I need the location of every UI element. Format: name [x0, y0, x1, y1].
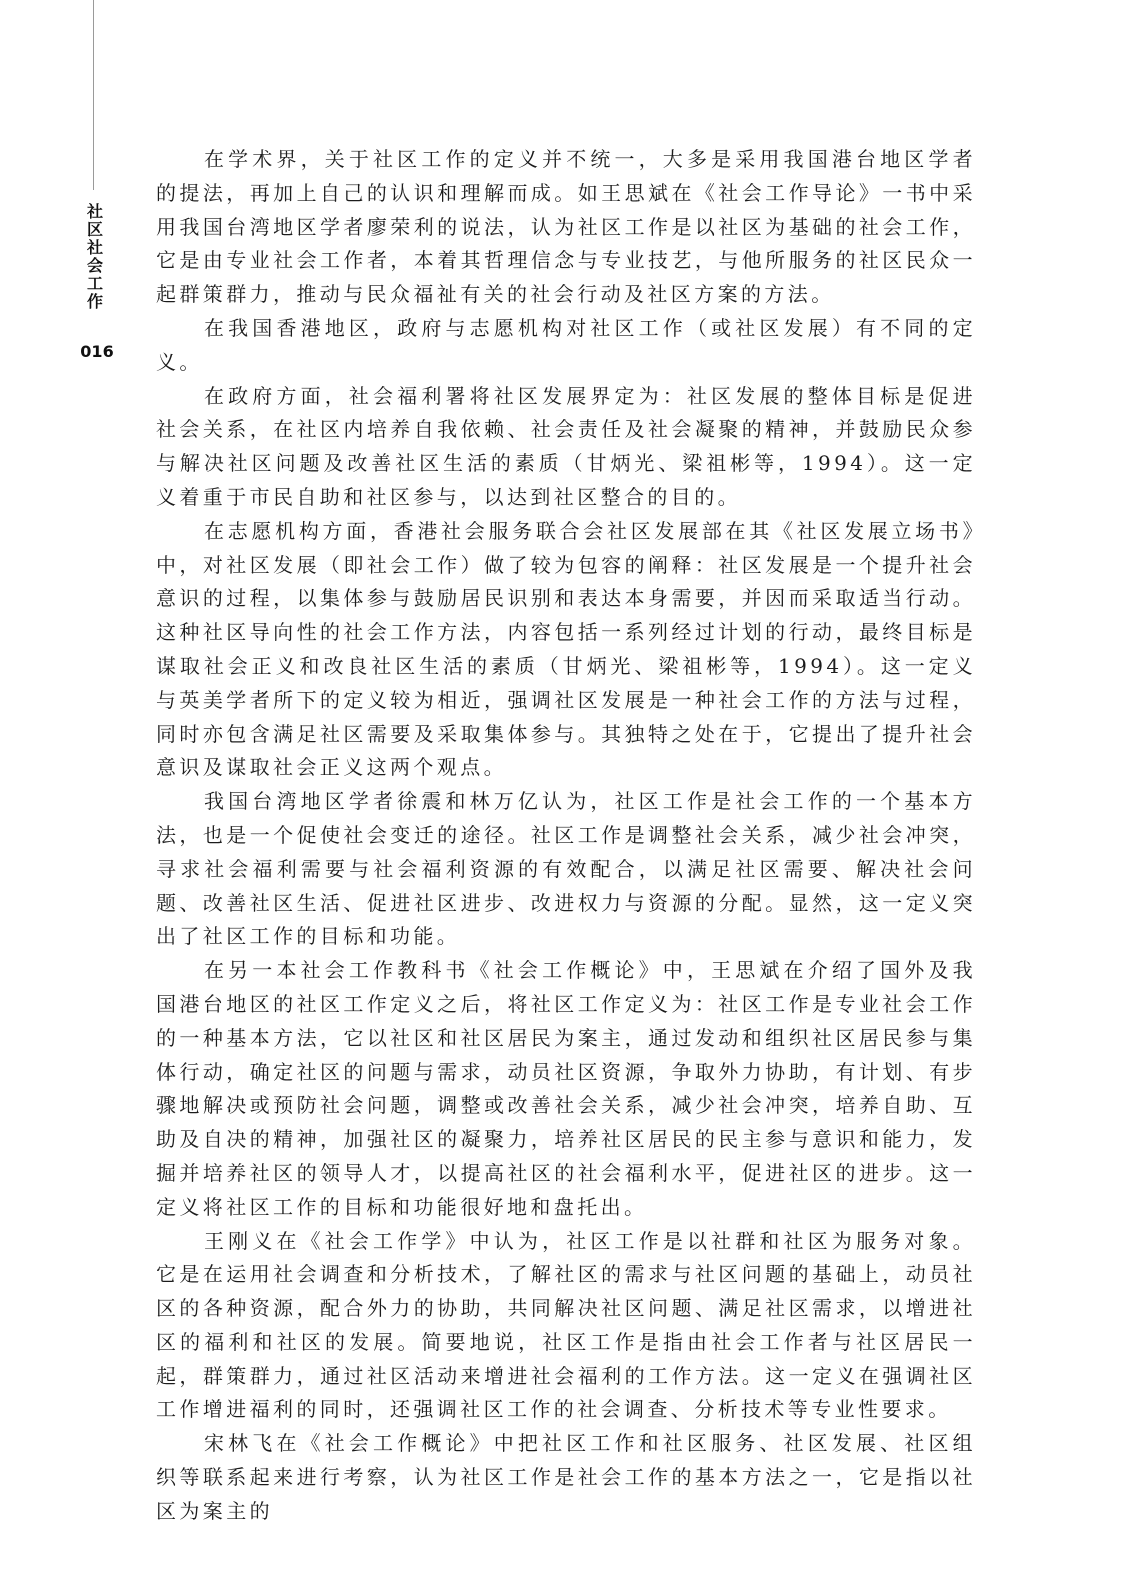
paragraph: 在学术界，关于社区工作的定义并不统一，大多是采用我国港台地区学者的提法，再加上自…: [156, 143, 976, 312]
page-number: 016: [80, 342, 114, 361]
paragraph: 在我国香港地区，政府与志愿机构对社区工作（或社区发展）有不同的定义。: [156, 312, 976, 380]
running-head-char: 工: [84, 275, 106, 293]
paragraph: 我国台湾地区学者徐震和林万亿认为，社区工作是社会工作的一个基本方法，也是一个促使…: [156, 785, 976, 954]
body-text: 在学术界，关于社区工作的定义并不统一，大多是采用我国港台地区学者的提法，再加上自…: [156, 143, 976, 1529]
running-head-char: 会: [84, 257, 106, 275]
paragraph: 王刚义在《社会工作学》中认为，社区工作是以社群和社区为服务对象。它是在运用社会调…: [156, 1225, 976, 1428]
paragraph: 在政府方面，社会福利署将社区发展界定为：社区发展的整体目标是促进社会关系，在社区…: [156, 380, 976, 515]
running-head-char: 社: [84, 203, 106, 221]
paragraph: 宋林飞在《社会工作概论》中把社区工作和社区服务、社区发展、社区组织等联系起来进行…: [156, 1427, 976, 1528]
running-head-char: 作: [84, 293, 106, 311]
margin-rule: [93, 0, 94, 190]
running-head: 社 区 社 会 工 作: [84, 203, 106, 311]
running-head-char: 社: [84, 239, 106, 257]
running-head-char: 区: [84, 221, 106, 239]
paragraph: 在志愿机构方面，香港社会服务联合会社区发展部在其《社区发展立场书》中，对社区发展…: [156, 515, 976, 785]
paragraph: 在另一本社会工作教科书《社会工作概论》中，王思斌在介绍了国外及我国港台地区的社区…: [156, 954, 976, 1224]
